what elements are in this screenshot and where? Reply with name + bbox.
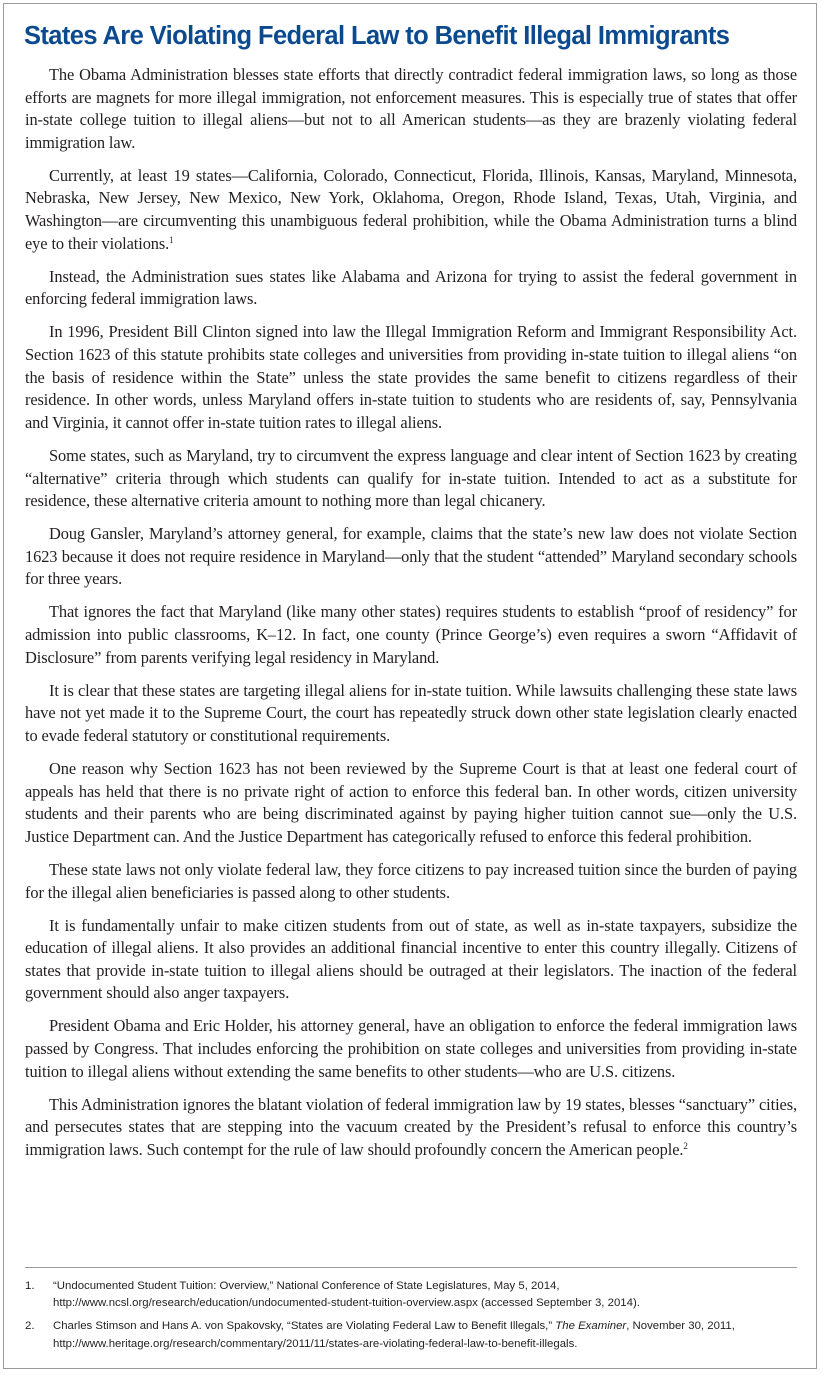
footnote-number: 2. xyxy=(25,1318,53,1352)
footnote-text: “Undocumented Student Tuition: Overview,… xyxy=(53,1278,815,1312)
paragraph: Doug Gansler, Maryland’s attorney genera… xyxy=(25,523,797,591)
footnote-item: 1. “Undocumented Student Tuition: Overvi… xyxy=(25,1278,815,1312)
paragraph: This Administration ignores the blatant … xyxy=(25,1094,797,1162)
footnotes: 1. “Undocumented Student Tuition: Overvi… xyxy=(25,1278,815,1359)
paragraph: In 1996, President Bill Clinton signed i… xyxy=(25,321,797,434)
paragraph: These state laws not only violate federa… xyxy=(25,859,797,904)
page-title: States Are Violating Federal Law to Bene… xyxy=(24,22,729,51)
footnote-number: 1. xyxy=(25,1278,53,1312)
paragraph: It is clear that these states are target… xyxy=(25,680,797,748)
paragraph: The Obama Administration blesses state e… xyxy=(25,64,797,154)
paragraph: Some states, such as Maryland, try to ci… xyxy=(25,445,797,513)
paragraph: Instead, the Administration sues states … xyxy=(25,266,797,311)
footnote-ref[interactable]: 2 xyxy=(683,1141,687,1151)
footnote-url[interactable]: http://www.ncsl.org/research/education/u… xyxy=(53,1297,640,1309)
paragraph: Currently, at least 19 states—California… xyxy=(25,165,797,255)
article-body: The Obama Administration blesses state e… xyxy=(25,64,797,1172)
footnote-item: 2. Charles Stimson and Hans A. von Spako… xyxy=(25,1318,815,1352)
paragraph: That ignores the fact that Maryland (lik… xyxy=(25,601,797,669)
footnote-text: Charles Stimson and Hans A. von Spakovsk… xyxy=(53,1318,815,1352)
paragraph: President Obama and Eric Holder, his att… xyxy=(25,1015,797,1083)
publication-title: The Examiner xyxy=(555,1320,626,1332)
footnote-url[interactable]: http://www.heritage.org/research/comment… xyxy=(53,1338,577,1350)
paragraph: One reason why Section 1623 has not been… xyxy=(25,758,797,848)
footnote-divider xyxy=(25,1267,797,1268)
paragraph: It is fundamentally unfair to make citiz… xyxy=(25,915,797,1005)
footnote-ref[interactable]: 1 xyxy=(169,235,173,245)
